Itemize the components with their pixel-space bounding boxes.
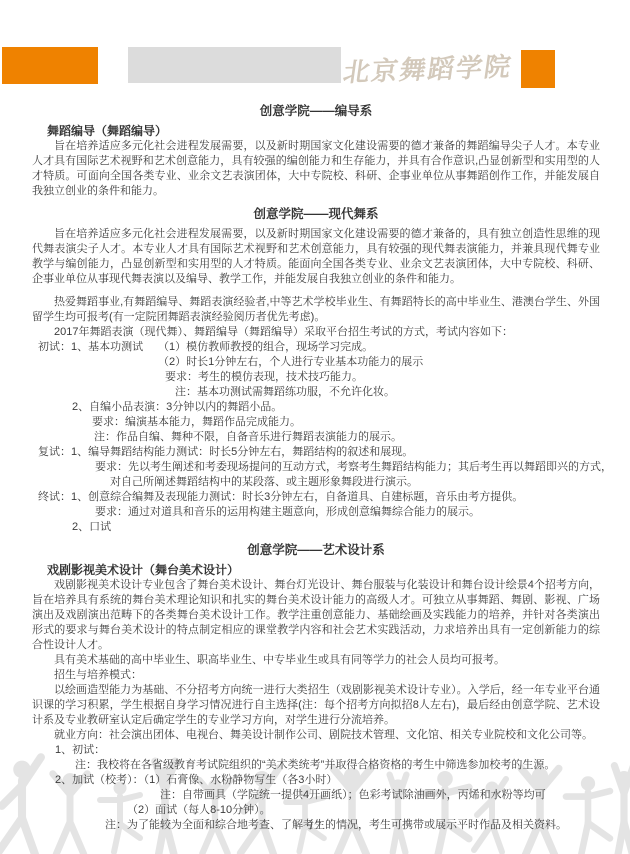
exam-line-first-round: 1、初试： bbox=[32, 743, 600, 758]
exam-line-note: 注：作品自编、舞种不限，自备音乐进行舞蹈表演能力的展示。 bbox=[32, 430, 600, 445]
exam-line-final-round: 终试：1、创意综合编舞及表现能力测试：时长3分钟左右，自备道具、自建标题，音乐由… bbox=[32, 490, 600, 505]
major-title-dance-choreography: 舞蹈编导（舞蹈编导） bbox=[32, 124, 600, 139]
body-paragraph: 戏剧影视美术设计专业包含了舞台美术设计、舞台灯光设计、舞台服装与化装设计和舞台设… bbox=[32, 578, 600, 653]
exam-line-requirement: 要求：先以考生阐述和考委现场提问的互动方式，考察考生舞蹈结构能力；其后考生再以舞… bbox=[32, 460, 600, 475]
body-paragraph: 以绘画造型能力为基础、不分招考方向统一进行大类招生（戏剧影视美术设计专业）。入学… bbox=[32, 683, 600, 728]
section-heading-choreography-dept: 创意学院——编导系 bbox=[32, 104, 600, 119]
exam-line-requirement: 要求：通过对道具和音乐的运用构建主题意向，形成创意编舞综合能力的展示。 bbox=[32, 505, 600, 520]
page-number: 17 bbox=[0, 818, 630, 833]
exam-line-label: 初试：1、基本功测试 bbox=[38, 341, 143, 353]
exam-line-note: 注：基本功测试需舞蹈练功服，不允许化妆。 bbox=[32, 385, 600, 400]
section-heading-modern-dance-dept: 创意学院——现代舞系 bbox=[32, 207, 600, 222]
exam-line-additional-test: 2、加试（校考）：（1）石膏像、水粉静物写生（各3小时） bbox=[32, 773, 600, 788]
exam-line-note: 注：自带画具（学院统一提供4开画纸）；色彩考试除油画外，丙烯和水粉等均可 bbox=[32, 788, 600, 803]
academy-logo-calligraphy: 北京舞蹈学院 bbox=[341, 47, 532, 91]
exam-line: 2、自编小品表演：3分钟以内的舞蹈小品。 bbox=[32, 400, 600, 415]
exam-line-requirement: 要求：考生的模仿表现，技术技巧能力。 bbox=[32, 370, 600, 385]
document-body: 创意学院——编导系 舞蹈编导（舞蹈编导） 旨在培养适应多元化社会进程发展需要，以… bbox=[32, 96, 600, 833]
exam-line-interview: （2）面试（每人8-10分钟）。 bbox=[32, 803, 600, 818]
major-title-stage-art-design: 戏剧影视美术设计（舞台美术设计） bbox=[32, 563, 600, 578]
employment-direction-line: 就业方向：社会演出团体、电视台、舞美设计制作公司、剧院技术管理、文化馆、相关专业… bbox=[32, 728, 600, 743]
header-right-orange-square bbox=[521, 50, 555, 88]
exam-line-first-round: 初试：1、基本功测试 （1）模仿教师教授的组合，现场学习完成。 bbox=[32, 340, 600, 355]
exam-line-detail: （1）模仿教师教授的组合，现场学习完成。 bbox=[158, 340, 373, 355]
training-mode-label: 招生与培养模式： bbox=[32, 668, 600, 683]
admissions-brochure-page: 北京舞蹈学院 创意学院——编导系 舞蹈编导（舞蹈编导） 旨在培养适应多元化社会进… bbox=[0, 0, 630, 854]
exam-line-note: 注：我校将在各省级教育考试院组织的“美术类统考”并取得合格资格的考生中筛选参加校… bbox=[32, 758, 600, 773]
exam-line-second-round: 复试：1、编导舞蹈结构能力测试：时长5分钟左右，舞蹈结构的叙述和展现。 bbox=[32, 445, 600, 460]
eligibility-line: 具有美术基础的高中毕业生、职高毕业生、中专毕业生或具有同等学力的社会人员均可报考… bbox=[32, 653, 600, 668]
exam-line-requirement: 要求：编演基本能力，舞蹈作品完成能力。 bbox=[32, 415, 600, 430]
exam-line: （2）时长1分钟左右，个人进行专业基本功能力的展示 bbox=[32, 355, 600, 370]
header-left-orange-bar bbox=[2, 47, 98, 84]
exam-line-continuation: 对自己所阐述舞蹈结构中的某段落、或主题形象舞段进行演示。 bbox=[32, 475, 600, 490]
section-heading-art-design-dept: 创意学院——艺术设计系 bbox=[32, 543, 600, 558]
dancer-silhouette bbox=[614, 766, 630, 854]
exam-line-oral-test: 2、口试 bbox=[32, 520, 600, 535]
body-paragraph: 旨在培养适应多元化社会进程发展需要，以及新时期国家文化建设需要的德才兼备的舞蹈编… bbox=[32, 139, 600, 199]
body-paragraph: 热爱舞蹈事业,有舞蹈编导、舞蹈表演经验者,中等艺术学校毕业生、有舞蹈特长的高中毕… bbox=[32, 295, 600, 325]
body-paragraph: 旨在培养适应多元化社会进程发展需要，以及新时期国家文化建设需要的德才兼备的，具有… bbox=[32, 227, 600, 287]
exam-intro-line: 2017年舞蹈表演（现代舞）、舞蹈编导（舞蹈编导）采取平台招生考试的方式，考试内… bbox=[32, 325, 600, 340]
header-gray-bar bbox=[128, 47, 341, 83]
